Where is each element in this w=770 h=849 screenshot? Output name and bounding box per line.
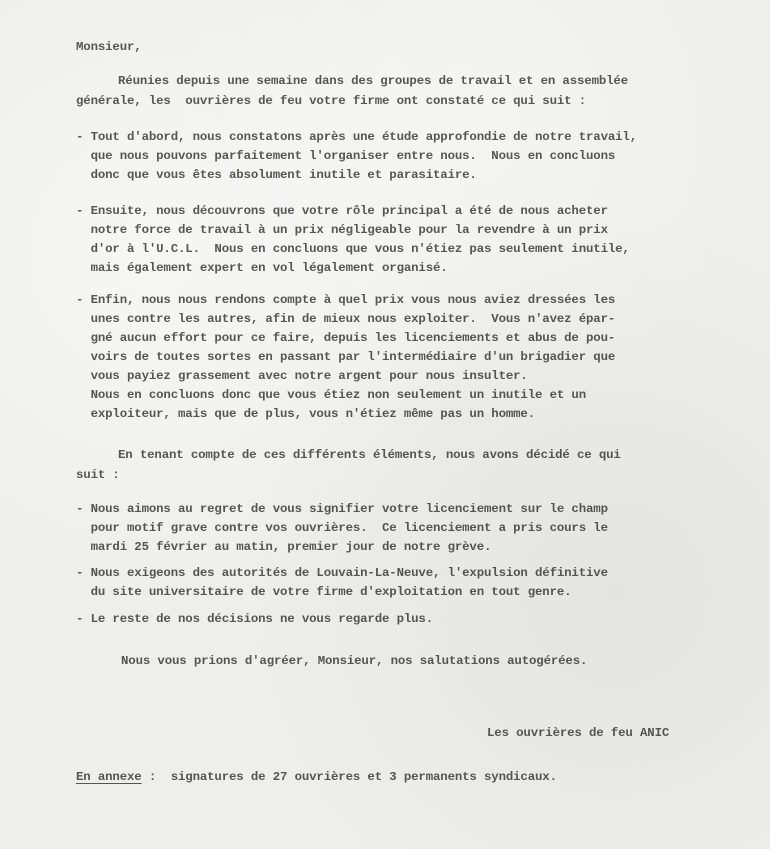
- closing: Nous vous prions d'agréer, Monsieur, nos…: [121, 652, 587, 670]
- letter-page: Monsieur, Réunies depuis une semaine dan…: [0, 0, 770, 849]
- finding-2-line-3: d'or à l'U.C.L. Nous en concluons que vo…: [76, 240, 630, 258]
- decision-intro-line-2: suit :: [76, 466, 120, 484]
- finding-3-line-1: - Enfin, nous nous rendons compte à quel…: [76, 291, 615, 309]
- finding-2-line-4: mais également expert en vol légalement …: [76, 259, 448, 277]
- finding-1-line-3: donc que vous êtes absolument inutile et…: [76, 166, 477, 184]
- signature: Les ouvrières de feu ANIC: [487, 724, 669, 742]
- decision-1-line-3: mardi 25 février au matin, premier jour …: [76, 538, 491, 556]
- annex-label: En annexe: [76, 770, 142, 784]
- finding-2-line-1: - Ensuite, nous découvrons que votre rôl…: [76, 202, 608, 220]
- finding-1-line-1: - Tout d'abord, nous constatons après un…: [76, 128, 637, 146]
- annex-text: : signatures de 27 ouvrières et 3 perman…: [142, 770, 557, 784]
- finding-3-line-3: gné aucun effort pour ce faire, depuis l…: [76, 329, 615, 347]
- intro-line-1: Réunies depuis une semaine dans des grou…: [118, 72, 628, 90]
- intro-line-2: générale, les ouvrières de feu votre fir…: [76, 92, 586, 110]
- finding-3-line-5: vous payiez grassement avec notre argent…: [76, 367, 528, 385]
- decision-3-line-1: - Le reste de nos décisions ne vous rega…: [76, 610, 433, 628]
- finding-1-line-2: que nous pouvons parfaitement l'organise…: [76, 147, 615, 165]
- decision-1-line-2: pour motif grave contre vos ouvrières. C…: [76, 519, 608, 537]
- finding-3-line-7: exploiteur, mais que de plus, vous n'éti…: [76, 405, 535, 423]
- decision-2-line-1: - Nous exigeons des autorités de Louvain…: [76, 564, 608, 582]
- annex: En annexe : signatures de 27 ouvrières e…: [76, 768, 557, 786]
- decision-intro-line-1: En tenant compte de ces différents éléme…: [118, 446, 621, 464]
- decision-2-line-2: du site universitaire de votre firme d'e…: [76, 583, 571, 601]
- finding-3-line-6: Nous en concluons donc que vous étiez no…: [76, 386, 586, 404]
- decision-1-line-1: - Nous aimons au regret de vous signifie…: [76, 500, 608, 518]
- salutation: Monsieur,: [76, 38, 142, 56]
- finding-3-line-4: voirs de toutes sortes en passant par l'…: [76, 348, 615, 366]
- finding-3-line-2: unes contre les autres, afin de mieux no…: [76, 310, 615, 328]
- finding-2-line-2: notre force de travail à un prix néglige…: [76, 221, 608, 239]
